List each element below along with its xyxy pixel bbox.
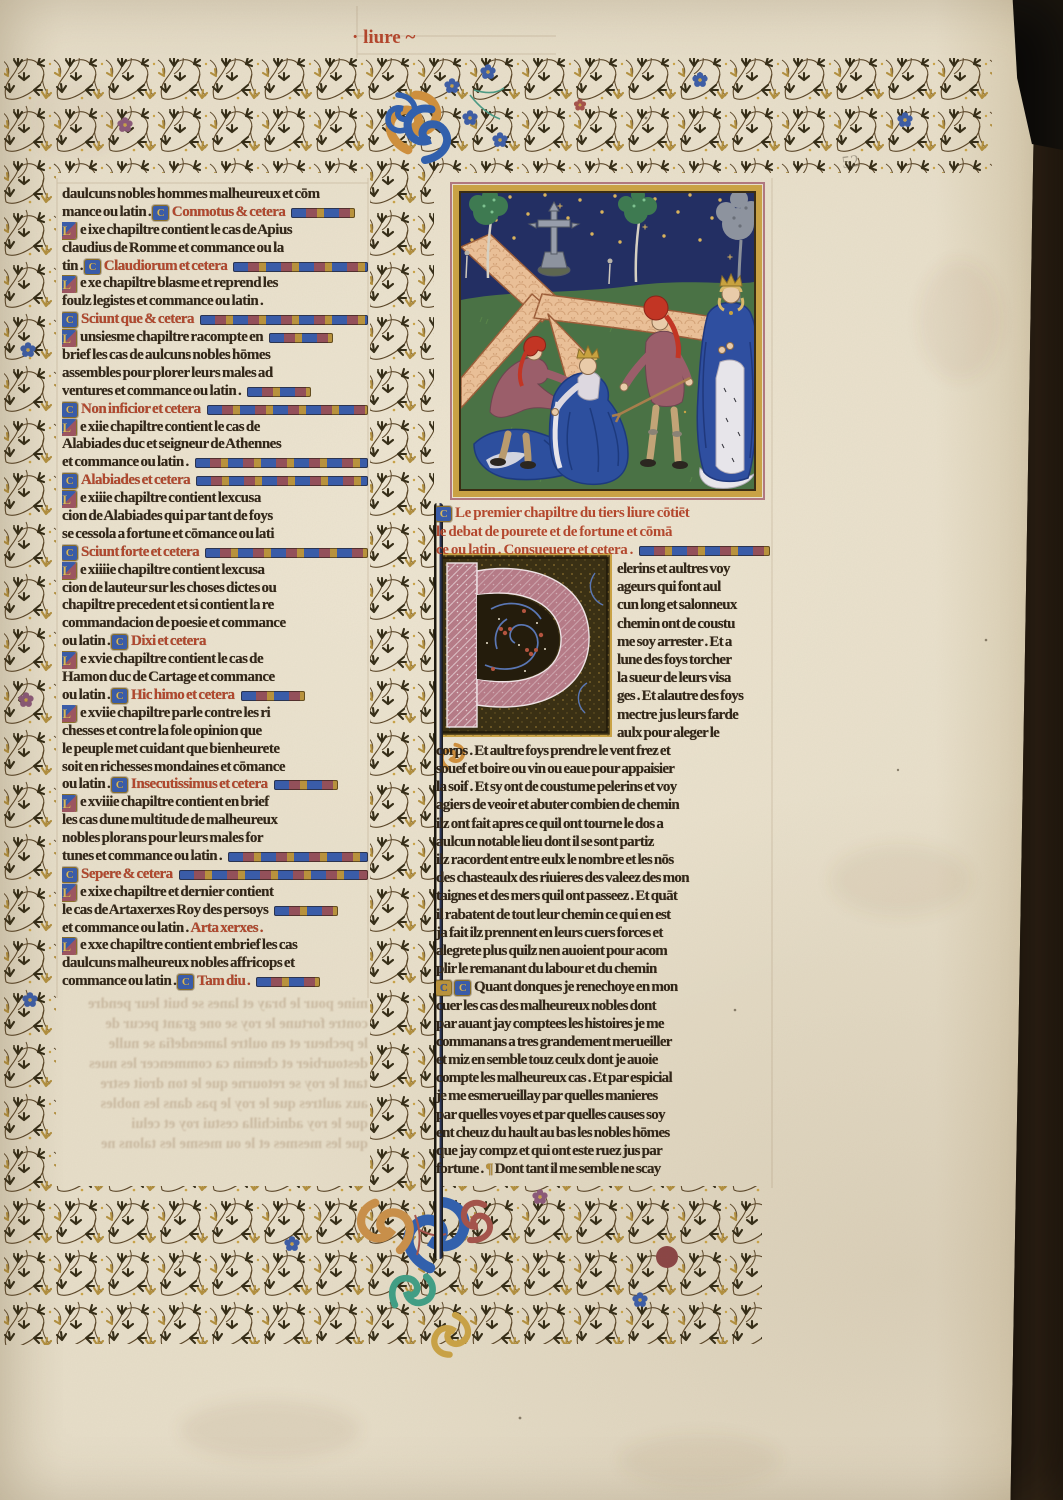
text-line: Le xxe chapiltre contient embrief les ca…	[62, 937, 368, 955]
text-segment-b: ventures et commance ou latin .	[62, 383, 241, 400]
text-segment-L: L	[62, 222, 76, 239]
text-line: Le xixe chapiltre et dernier contient	[62, 884, 368, 902]
text-segment-c: C	[455, 981, 470, 995]
showthrough-line: tant le roy se retourne que le ton droit…	[62, 1076, 368, 1096]
text-segment-b: chapiltre precedent et si contient la re	[62, 597, 274, 614]
text-segment-b: ilz racordent entre eulx le nombre et le…	[436, 852, 673, 869]
text-segment-p: ¶	[485, 1161, 492, 1178]
text-segment-b: Quant donques je renechoye en mon	[474, 979, 678, 996]
text-line: se cessola a fortune et cōmance ou lati	[62, 526, 368, 544]
text-segment-r: Hic himo et cetera	[131, 687, 235, 704]
text-line: ges . Et alautre des foys	[436, 688, 770, 706]
text-line: alegrete plus quilz nen auoient pour aco…	[436, 943, 770, 961]
text-line: Le xvie chapiltre contient le cas de	[62, 651, 368, 669]
text-segment-b: e xiiie chapiltre contient lexcusa	[80, 490, 261, 507]
text-segment-b: mectre jus leurs farde	[617, 707, 738, 724]
text-segment-b: il rabatent de tout leur chemin ce qui e…	[436, 907, 670, 924]
text-segment-b: par quelles voyes et par quelles causes …	[436, 1107, 665, 1124]
text-line: mectre jus leurs farde	[436, 707, 770, 725]
body-text-column: elerins et aultres voyageurs qui font au…	[436, 561, 770, 1179]
text-line: souef et boire ou vin ou eaue pour appai…	[436, 761, 770, 779]
text-segment-r: Non inficior et cetera	[81, 401, 201, 418]
text-line: ou latin . CHic himo et cetera	[62, 687, 368, 705]
text-segment-b: souef et boire ou vin ou eaue pour appai…	[436, 761, 674, 778]
text-line: et miz en semble touz ceulx dont je auoi…	[436, 1052, 770, 1070]
text-segment-b: et miz en semble touz ceulx dont je auoi…	[436, 1052, 658, 1069]
text-segment-b: fortune .	[436, 1161, 485, 1178]
text-segment-r: Sepere & cetera	[81, 866, 173, 883]
text-segment-f	[200, 315, 368, 325]
text-segment-b: ilz ont fait apres ce quil ont tourne le…	[436, 816, 663, 833]
text-line: Alabiades duc et seigneur de Athennes	[62, 436, 368, 454]
text-line: mance ou latin . CConmotus & cetera	[62, 204, 368, 222]
running-title-flourish-left: ·	[352, 27, 363, 48]
text-segment-fs	[241, 691, 305, 701]
chapter-rubric: CLe premier chapiltre du tiers liure cōt…	[436, 505, 770, 561]
text-segment-r: Arta xerxes .	[190, 920, 263, 937]
text-segment-b: ou latin .	[62, 687, 112, 704]
text-line: taignes et des mers quil ont passeez . E…	[436, 888, 770, 906]
text-line: ou latin . CDixi et cetera	[62, 633, 368, 651]
text-segment-r: ce ou latin .	[436, 542, 503, 559]
text-line: chesses et contre la fole opinion que	[62, 723, 368, 741]
folio-number: 52	[841, 151, 861, 173]
text-segment-r: Claudiorum et cetera	[104, 258, 228, 275]
text-segment-b: ges . Et alautre des foys	[617, 688, 743, 705]
text-line: et commance ou latin . Arta xerxes .	[62, 920, 368, 938]
showthrough-line: destourbier et chemin ca commencer les n…	[62, 1056, 368, 1076]
text-segment-b: les cas dune multitude de malheureux	[62, 812, 278, 829]
text-segment-r: Insecutissimus et cetera	[131, 776, 268, 793]
text-line: aulcun notable lieu dont il se sont part…	[436, 834, 770, 852]
text-segment-b: ageurs qui font aul	[617, 579, 721, 596]
text-segment-c: C	[62, 868, 77, 882]
text-line: CSciunt que & cetera	[62, 311, 368, 329]
text-segment-b: et commance ou latin .	[62, 920, 190, 937]
text-line: elerins et aultres voy	[436, 561, 770, 579]
text-segment-f	[233, 262, 368, 272]
text-segment-b: nobles plorans pour leurs males for	[62, 830, 263, 847]
text-segment-b: la sueur de leurs visa	[617, 670, 731, 687]
text-segment-r: Conmotus & cetera	[172, 204, 285, 221]
text-line: Le xe chapiltre blasme et reprend les	[62, 275, 368, 293]
text-segment-fs	[274, 906, 338, 916]
text-segment-b: cun long et salonneux	[617, 597, 737, 614]
text-line: Le xviie chapiltre parle contre les ri	[62, 705, 368, 723]
text-line: aulx pour aleger le	[436, 725, 770, 743]
text-line: ent cheuz du hault au bas les nobles hōm…	[436, 1125, 770, 1143]
text-line: CCQuant donques je renechoye en mon	[436, 979, 770, 997]
text-segment-b: je me esmerueillay par quelles manieres	[436, 1088, 658, 1105]
text-segment-b: agiers de veoir et abuter combien de che…	[436, 797, 679, 814]
text-segment-r: Sciunt que & cetera	[81, 311, 194, 328]
text-segment-b: e xiiiie chapiltre contient lexcusa	[80, 562, 265, 579]
text-segment-b: soit en richesses mondaines et cōmance	[62, 759, 285, 776]
text-segment-b: commanans a tres grandement merueiller	[436, 1034, 672, 1051]
text-segment-b: e xviie chapiltre parle contre les ri	[80, 705, 270, 722]
text-line: cion de lauteur sur les choses dictes ou	[62, 580, 368, 598]
text-segment-b: lune des foys torcher	[617, 652, 731, 669]
text-segment-c: C	[436, 507, 451, 521]
text-line: le peuple met cuidant que bienheurete	[62, 741, 368, 759]
text-line: brief les cas de aulcuns nobles hōmes	[62, 347, 368, 365]
text-segment-fs	[247, 387, 311, 397]
rubric-line: le debat de pourete et de fortune et cōm…	[436, 524, 770, 543]
text-line: les cas dune multitude de malheureux	[62, 812, 368, 830]
text-segment-c: C	[112, 689, 127, 703]
text-segment-b: Hamon duc de Cartage et commance	[62, 669, 275, 686]
text-segment-b: chemin ont de coustu	[617, 616, 735, 633]
text-segment-b: des chasteaulx des riuieres des valeez d…	[436, 870, 689, 887]
text-segment-b: me soy arrester . Et a	[617, 634, 732, 651]
text-line: chemin ont de coustu	[436, 616, 770, 634]
text-segment-b: tunes et commance ou latin .	[62, 848, 222, 865]
text-segment-c: C	[112, 635, 127, 649]
text-segment-b: assembles pour plorer leurs males ad	[62, 365, 273, 382]
text-segment-c: C	[178, 975, 193, 989]
text-line: tin . CClaudiorum et cetera	[62, 258, 368, 276]
text-segment-b: Alabiades duc et seigneur de Athennes	[62, 436, 281, 453]
text-segment-b: ou latin .	[62, 633, 112, 650]
text-segment-r: Alabiades et cetera	[81, 472, 190, 489]
text-segment-b: mance ou latin .	[62, 204, 153, 221]
text-segment-b: aulcun notable lieu dont il se sont part…	[436, 834, 654, 851]
text-line: la soif . Et sy ont de coustume pelerins…	[436, 779, 770, 797]
text-line: fortune . ¶ Dont tant il me semble ne sc…	[436, 1161, 770, 1179]
text-segment-b: cion de lauteur sur les choses dictes ou	[62, 580, 276, 597]
text-line: commandacion de poesie et commance	[62, 615, 368, 633]
text-segment-b: commandacion de poesie et commance	[62, 615, 286, 632]
text-line: tunes et commance ou latin .	[62, 848, 368, 866]
text-line: Lunsiesme chapiltre racompte en	[62, 329, 368, 347]
text-line: Le xiie chapiltre contient le cas de	[62, 419, 368, 437]
text-line: lune des foys torcher	[436, 652, 770, 670]
text-segment-b: e xixe chapiltre et dernier contient	[80, 884, 273, 901]
text-segment-L: L	[62, 652, 76, 669]
text-segment-c: C	[62, 546, 77, 560]
text-segment-L: L	[62, 419, 76, 436]
text-line: ilz ont fait apres ce quil ont tourne le…	[436, 816, 770, 834]
text-line: ou latin . CInsecutissimus et cetera	[62, 776, 368, 794]
text-segment-b: ou latin .	[62, 776, 112, 793]
text-segment-r: Tam diu .	[197, 973, 250, 990]
rubric-line: ce ou latin . Consueuere et cetera .	[436, 542, 770, 561]
text-segment-f	[639, 546, 770, 556]
text-segment-b: unsiesme chapiltre racompte en	[80, 329, 263, 346]
text-line: soit en richesses mondaines et cōmance	[62, 759, 368, 777]
body-text-beside-initial: elerins et aultres voyageurs qui font au…	[436, 561, 770, 743]
text-segment-b: elerins et aultres voy	[617, 561, 730, 578]
body-text-full-width: corps . Et aultre foys prendre le vent f…	[436, 743, 770, 1180]
text-segment-f	[179, 870, 368, 880]
text-line: daulcuns malheureux nobles affricops et	[62, 955, 368, 973]
text-segment-c: C	[85, 260, 100, 274]
text-line: le cas de Artaxerxes Roy des persoys	[62, 902, 368, 920]
text-segment-L: L	[62, 705, 76, 722]
text-segment-f	[228, 852, 368, 862]
text-line: commanans a tres grandement merueiller	[436, 1034, 770, 1052]
text-segment-f	[195, 458, 368, 468]
text-line: claudius de Romme et commance ou la	[62, 240, 368, 258]
text-segment-L: L	[62, 491, 76, 508]
text-segment-fs	[274, 780, 338, 790]
manuscript-page: · liure ~ 52 daulcuns nobles hommes malh…	[0, 0, 1063, 1500]
text-segment-fs	[269, 333, 333, 343]
text-segment-r: le debat de pourete et de fortune et cōm…	[436, 524, 672, 541]
text-segment-L: L	[62, 938, 76, 955]
running-title: · liure ~	[352, 27, 415, 49]
text-line: que jay compz et qui ont este ruez jus p…	[436, 1143, 770, 1161]
text-segment-r: Dixi et cetera	[131, 633, 206, 650]
text-segment-b: e xe chapiltre blasme et reprend les	[80, 275, 278, 292]
text-line: par auant jay comptees les histoires je …	[436, 1016, 770, 1034]
text-segment-b: ja fait ilz prennent en leurs cuers forc…	[436, 925, 663, 942]
text-segment-b: claudius de Romme et commance ou la	[62, 240, 284, 257]
text-segment-b: la soif . Et sy ont de coustume pelerins…	[436, 779, 677, 796]
text-segment-b: aulx pour aleger le	[617, 725, 719, 742]
text-segment-b: plir le remanant du labour et du chemin	[436, 961, 657, 978]
text-line: agiers de veoir et abuter combien de che…	[436, 797, 770, 815]
text-line: ja fait ilz prennent en leurs cuers forc…	[436, 925, 770, 943]
text-segment-b: alegrete plus quilz nen auoient pour aco…	[436, 943, 667, 960]
text-segment-c: C	[62, 474, 77, 488]
text-segment-r: Consueuere et cetera .	[503, 542, 633, 559]
text-segment-b: ent cheuz du hault au bas les nobles hōm…	[436, 1125, 670, 1142]
text-segment-b: brief les cas de aulcuns nobles hōmes	[62, 347, 270, 364]
text-line: des chasteaulx des riuieres des valeez d…	[436, 870, 770, 888]
text-line: il rabatent de tout leur chemin ce qui e…	[436, 907, 770, 925]
text-line: je me esmerueillay par quelles manieres	[436, 1088, 770, 1106]
text-segment-fs	[256, 977, 320, 987]
text-line: assembles pour plorer leurs males ad	[62, 365, 368, 383]
text-segment-b: taignes et des mers quil ont passeez . E…	[436, 888, 677, 905]
text-line: Hamon duc de Cartage et commance	[62, 669, 368, 687]
text-line: Le xiiiie chapiltre contient lexcusa	[62, 562, 368, 580]
showthrough-line: que le roy adnichilla cestui roy et celu…	[62, 1116, 368, 1136]
text-segment-L: L	[62, 562, 76, 579]
text-segment-b: et commance ou latin .	[62, 454, 189, 471]
text-segment-c: C	[153, 206, 168, 220]
text-segment-r: Sciunt forte et cetera	[81, 544, 199, 561]
rubric-line: CLe premier chapiltre du tiers liure cōt…	[436, 505, 770, 524]
text-segment-b: se cessola a fortune et cōmance ou lati	[62, 526, 274, 543]
running-title-text: liure	[363, 27, 401, 48]
text-line: et commance ou latin .	[62, 454, 368, 472]
miniature-painting	[450, 182, 765, 500]
text-segment-g: C	[436, 981, 451, 995]
showthrough-line: contre fortune le roy se one grant pecur…	[62, 1016, 368, 1036]
text-line: commance ou latin . CTam diu .	[62, 973, 368, 991]
text-segment-c: C	[62, 313, 77, 327]
text-line: ventures et commance ou latin .	[62, 383, 368, 401]
text-segment-b: e ixe chapiltre contient le cas de Apius	[80, 222, 292, 239]
text-line: ageurs qui font aul	[436, 579, 770, 597]
text-line: me soy arrester . Et a	[436, 634, 770, 652]
text-segment-L: L	[62, 795, 76, 812]
text-segment-L: L	[62, 276, 76, 293]
text-segment-b: Dont tant il me semble ne scay	[493, 1161, 661, 1178]
text-segment-b: e xvie chapiltre contient le cas de	[80, 651, 263, 668]
text-line: CAlabiades et cetera	[62, 472, 368, 490]
text-segment-b: cion de Alabiades qui par tant de foys	[62, 508, 273, 525]
text-line: daulcuns nobles hommes malheureux et cōm	[62, 186, 368, 204]
text-segment-b: daulcuns nobles hommes malheureux et cōm	[62, 186, 320, 203]
text-segment-fs	[291, 208, 355, 218]
text-line: foulz legistes et commance ou latin .	[62, 293, 368, 311]
text-line: par quelles voyes et par quelles causes …	[436, 1107, 770, 1125]
text-segment-b: par auant jay comptees les histoires je …	[436, 1016, 664, 1033]
text-line: CNon inficior et cetera	[62, 401, 368, 419]
text-segment-b: chesses et contre la fole opinion que	[62, 723, 262, 740]
text-segment-f	[205, 548, 368, 558]
text-segment-b: e xxe chapiltre contient embrief les cas	[80, 937, 297, 954]
text-line: cuer les cas des malheureux nobles dont	[436, 998, 770, 1016]
chapter-list-column: daulcuns nobles hommes malheureux et cōm…	[62, 186, 368, 991]
showthrough-line: que les mesmes et le ou mesme les talons…	[62, 1136, 368, 1156]
text-segment-b: cuer les cas des malheureux nobles dont	[436, 998, 656, 1015]
text-segment-b: commance ou latin .	[62, 973, 178, 990]
text-segment-b: le cas de Artaxerxes Roy des persoys	[62, 902, 268, 919]
text-line: Le xiiie chapiltre contient lexcusa	[62, 490, 368, 508]
text-line: ilz racordent entre eulx le nombre et le…	[436, 852, 770, 870]
text-line: la sueur de leurs visa	[436, 670, 770, 688]
text-segment-b: le peuple met cuidant que bienheurete	[62, 741, 279, 758]
text-segment-f	[207, 405, 368, 415]
text-segment-r: Le premier chapiltre du tiers liure cōti…	[455, 505, 689, 522]
text-segment-L: L	[62, 330, 76, 347]
text-segment-L: L	[62, 884, 76, 901]
text-line: Le xviiie chapiltre contient en brief	[62, 794, 368, 812]
text-line: CSepere & cetera	[62, 866, 368, 884]
text-line: corps . Et aultre foys prendre le vent f…	[436, 743, 770, 761]
showthrough-line: le pecheur et en oultre lamendefia se nu…	[62, 1036, 368, 1056]
text-line: cun long et salonneux	[436, 597, 770, 615]
text-segment-f	[196, 476, 368, 486]
text-segment-b: tin .	[62, 258, 85, 275]
text-segment-b: daulcuns malheureux nobles affricops et	[62, 955, 295, 972]
text-segment-c: C	[112, 778, 127, 792]
showthrough-line: aux aultres que le roy le pas dans les n…	[62, 1096, 368, 1116]
text-segment-b: que jay compz et qui ont este ruez jus p…	[436, 1143, 662, 1160]
text-segment-b: foulz legistes et commance ou latin .	[62, 293, 263, 310]
text-line: CSciunt forte et cetera	[62, 544, 368, 562]
text-segment-b: e xiie chapiltre contient le cas de	[80, 419, 260, 436]
text-line: plir le remanant du labour et du chemin	[436, 961, 770, 979]
showthrough-line: mine pour le bray et lanes se buit leur …	[62, 996, 368, 1016]
text-line: nobles plorans pour leurs males for	[62, 830, 368, 848]
text-segment-b: compte les malheureux cas . Et par espic…	[436, 1070, 672, 1087]
text-line: Le ixe chapiltre contient le cas de Apiu…	[62, 222, 368, 240]
text-line: compte les malheureux cas . Et par espic…	[436, 1070, 770, 1088]
showthrough-text: mine pour le bray et lanes se buit leur …	[62, 996, 368, 1156]
running-title-flourish-right: ~	[401, 27, 416, 48]
text-line: cion de Alabiades qui par tant de foys	[62, 508, 368, 526]
text-segment-b: e xviiie chapiltre contient en brief	[80, 794, 269, 811]
text-line: chapiltre precedent et si contient la re	[62, 597, 368, 615]
text-segment-c: C	[62, 403, 77, 417]
text-segment-b: corps . Et aultre foys prendre le vent f…	[436, 743, 670, 760]
